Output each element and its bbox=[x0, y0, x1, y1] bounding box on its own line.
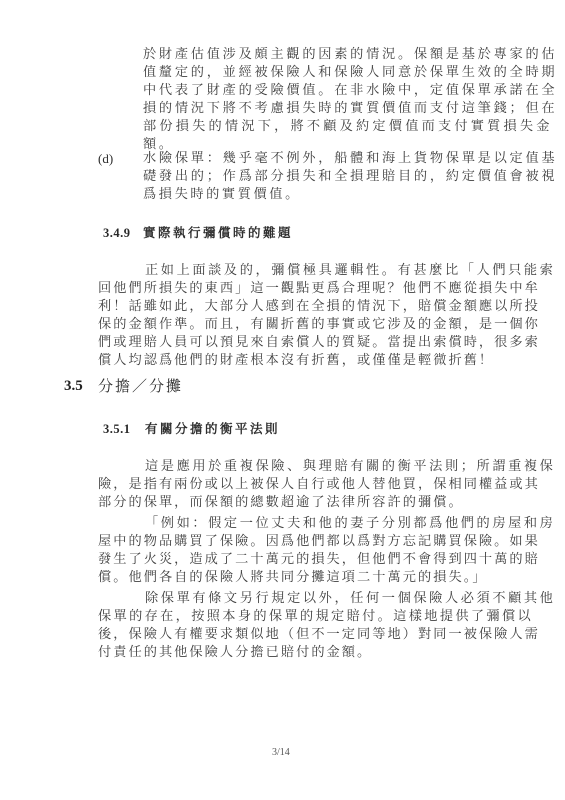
list-item-label: (d) bbox=[98, 151, 113, 167]
text-line: 部分的保單，而保額的總數超逾了法律所容許的彌償。 bbox=[98, 495, 464, 511]
text-line: 償人均認爲他們的財產根本沒有折舊，或僅僅是輕微折舊！ bbox=[98, 353, 494, 369]
text-line: 水險保單：幾乎毫不例外，船體和海上貨物保單是以定值基 bbox=[143, 151, 557, 167]
text-line: 險，是指有兩份或以上被保人自行或他人替他買，保相同權益或其 bbox=[98, 477, 540, 493]
heading-title: 分擔／分攤 bbox=[98, 377, 183, 395]
text-line: 值釐定的，並經被保險人和保險人同意於保單生效的全時期 bbox=[143, 65, 557, 81]
text-line: 們或理賠人員可以預見來自索償人的質疑。當提出索償時，很多索 bbox=[98, 335, 540, 351]
text-line: 保單的存在，按照本身的保單的規定賠付。這樣地提供了彌償以 bbox=[98, 609, 533, 625]
text-line: 付責任的其他保險人分擔已賠付的金額。 bbox=[98, 645, 372, 661]
heading-number: 3.5 bbox=[64, 377, 83, 395]
text-line: 這是應用於重複保險、與理賠有關的衡平法則；所謂重複保 bbox=[145, 459, 555, 475]
text-line: 償。他們各自的保險人將共同分攤這項二十萬元的損失。」 bbox=[98, 570, 488, 586]
text-line: 損的情況下將不考慮損失時的實質價值而支付這筆錢；但在 bbox=[143, 101, 557, 117]
text-line: 後，保險人有權要求類似地（但不一定同等地）對同一被保險人需 bbox=[98, 627, 540, 643]
text-line: 正如上面談及的，彌償極具邏輯性。有甚麼比「人們只能索 bbox=[145, 263, 555, 279]
heading-number: 3.5.1 bbox=[103, 421, 131, 437]
heading-number: 3.4.9 bbox=[103, 225, 131, 241]
text-line: 發生了火災，造成了二十萬元的損失，但他們不會得到四十萬的賠 bbox=[98, 552, 540, 568]
text-line: 除保單有條文另行規定以外，任何一個保險人必須不顧其他 bbox=[145, 591, 555, 607]
text-line: 中代表了財產的受險價值。在非水險中，定值保單承諾在全 bbox=[143, 83, 557, 99]
text-line: 於財產估值涉及頗主觀的因素的情況。保額是基於專家的估 bbox=[143, 47, 557, 63]
text-line: 保的金額作準。而且，有關折舊的事實或它涉及的金額，是一個你 bbox=[98, 317, 540, 333]
text-line: 爲損失時的實質價值。 bbox=[143, 187, 301, 203]
text-line: 利！話雖如此，大部分人感到在全損的情況下，賠償金額應以所投 bbox=[98, 299, 540, 315]
text-line: 「例如：假定一位丈夫和他的妻子分別都爲他們的房屋和房 bbox=[145, 516, 555, 532]
text-line: 部份損失的情況下，將不顧及約定價值而支付實質損失金 bbox=[143, 119, 553, 135]
text-line: 屋中的物品購買了保險。因爲他們都以爲對方忘記購買保險。如果 bbox=[98, 534, 540, 550]
text-line: 礎發出的；作爲部分損失和全損理賠目的，約定價值會被視 bbox=[143, 169, 557, 185]
page-number: 3/14 bbox=[272, 747, 290, 759]
heading-title: 實際執行彌償時的難題 bbox=[143, 225, 293, 241]
text-line: 回他們所損失的東西」這一觀點更爲合理呢？他們不應從損失中牟 bbox=[98, 281, 540, 297]
heading-title: 有關分擔的衡平法則 bbox=[145, 421, 280, 437]
